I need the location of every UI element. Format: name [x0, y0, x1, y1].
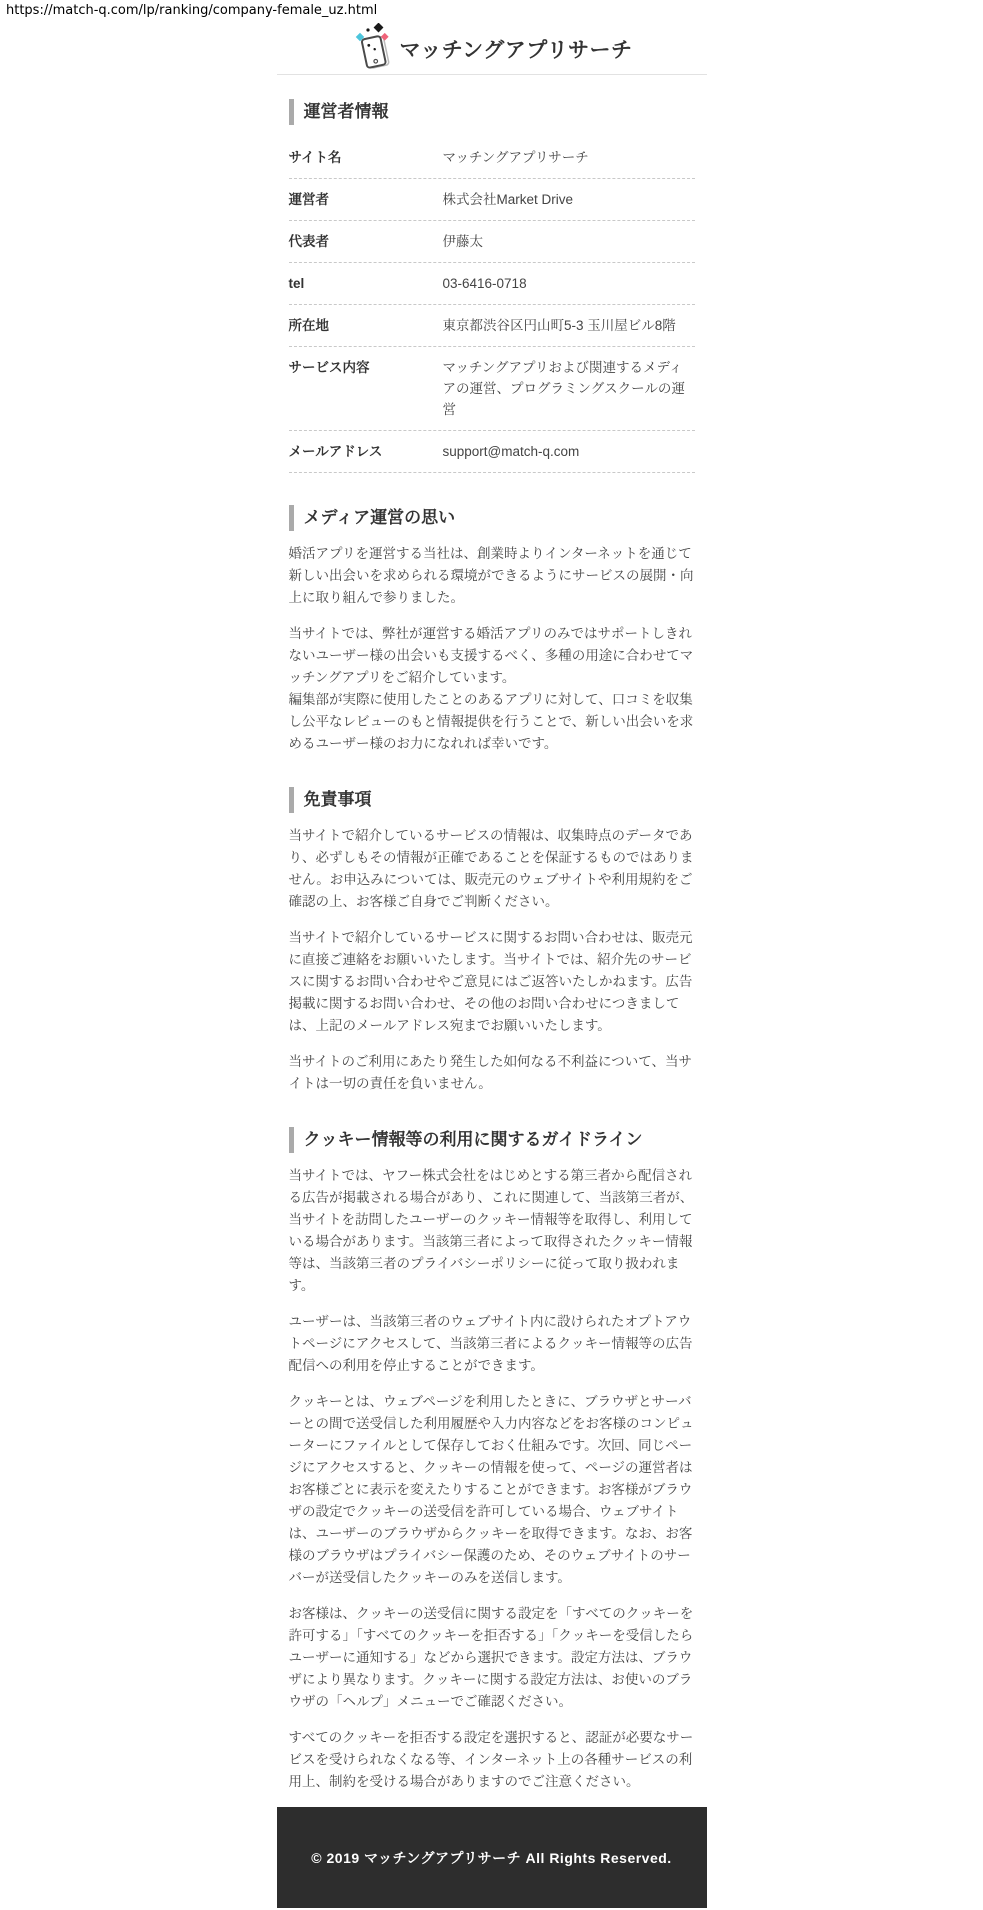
row-label: 所在地 [289, 315, 443, 336]
row-value: 株式会社Market Drive [443, 189, 695, 210]
table-row-address: 所在地 東京都渋谷区円山町5-3 玉川屋ビル8階 [289, 305, 695, 347]
cookie-paragraph: お客様は、クッキーの送受信に関する設定を「すべてのクッキーを許可する」「すべての… [289, 1603, 695, 1713]
url-caption: https://match-q.com/lp/ranking/company-f… [6, 3, 377, 18]
table-row-services: サービス内容 マッチングアプリおよび関連するメディアの運営、プログラミングスクー… [289, 347, 695, 431]
page: { "page": { "url_caption": "https://matc… [0, 0, 983, 1910]
row-label: 代表者 [289, 231, 443, 252]
cookie-paragraph: 当サイトでは、ヤフー株式会社をはじめとする第三者から配信される広告が掲載される場… [289, 1165, 695, 1297]
row-value: 東京都渋谷区円山町5-3 玉川屋ビル8階 [443, 315, 695, 336]
disclaimer-heading: 免責事項 [289, 787, 695, 813]
table-row-representative: 代表者 伊藤太 [289, 221, 695, 263]
mission-paragraph: 当サイトでは、弊社が運営する婚活アプリのみではサポートしきれないユーザー様の出会… [289, 623, 695, 755]
copyright-text: © 2019 マッチングアプリサーチ All Rights Reserved. [311, 1848, 671, 1868]
cookie-paragraph: ユーザーは、当該第三者のウェブサイト内に設けられたオプトアウトページにアクセスし… [289, 1311, 695, 1377]
mission-paragraph: 婚活アプリを運営する当社は、創業時よりインターネットを通じて新しい出会いを求めら… [289, 543, 695, 609]
table-row-email: メールアドレス support@match-q.com [289, 431, 695, 473]
cookie-paragraph: クッキーとは、ウェブページを利用したときに、ブラウザとサーバーとの間で送受信した… [289, 1391, 695, 1589]
company-info-table: サイト名 マッチングアプリサーチ 運営者 株式会社Market Drive 代表… [289, 137, 695, 473]
row-label: メールアドレス [289, 441, 443, 462]
row-label: サイト名 [289, 147, 443, 168]
site-logo[interactable]: マッチングアプリサーチ [351, 23, 633, 76]
content-card: 運営者情報 サイト名 マッチングアプリサーチ 運営者 株式会社Market Dr… [277, 74, 707, 1793]
company-info-heading: 運営者情報 [289, 99, 695, 125]
row-label: 運営者 [289, 189, 443, 210]
row-label: サービス内容 [289, 357, 443, 420]
table-row-operator: 運営者 株式会社Market Drive [289, 179, 695, 221]
row-label: tel [289, 273, 443, 294]
disclaimer-paragraph: 当サイトのご利用にあたり発生した如何なる不利益について、当サイトは一切の責任を負… [289, 1051, 695, 1095]
site-footer: © 2019 マッチングアプリサーチ All Rights Reserved. [277, 1807, 707, 1908]
disclaimer-paragraph: 当サイトで紹介しているサービスに関するお問い合わせは、販売元に直接ご連絡をお願い… [289, 927, 695, 1037]
mission-heading: メディア運営の思い [289, 505, 695, 531]
row-value: support@match-q.com [443, 441, 695, 462]
logo-text: マッチングアプリサーチ [400, 34, 633, 64]
row-value: マッチングアプリサーチ [443, 147, 695, 168]
table-row-site-name: サイト名 マッチングアプリサーチ [289, 137, 695, 179]
row-value: マッチングアプリおよび関連するメディアの運営、プログラミングスクールの運営 [443, 357, 695, 420]
smartphone-sparkles-icon [351, 23, 393, 76]
row-value: 03-6416-0718 [443, 273, 695, 294]
table-row-tel: tel 03-6416-0718 [289, 263, 695, 305]
cookie-guideline-heading: クッキー情報等の利用に関するガイドライン [289, 1127, 695, 1153]
cookie-paragraph: すべてのクッキーを拒否する設定を選択すると、認証が必要なサービスを受けられなくな… [289, 1727, 695, 1793]
row-value: 伊藤太 [443, 231, 695, 252]
disclaimer-paragraph: 当サイトで紹介しているサービスの情報は、収集時点のデータであり、必ずしもその情報… [289, 825, 695, 913]
